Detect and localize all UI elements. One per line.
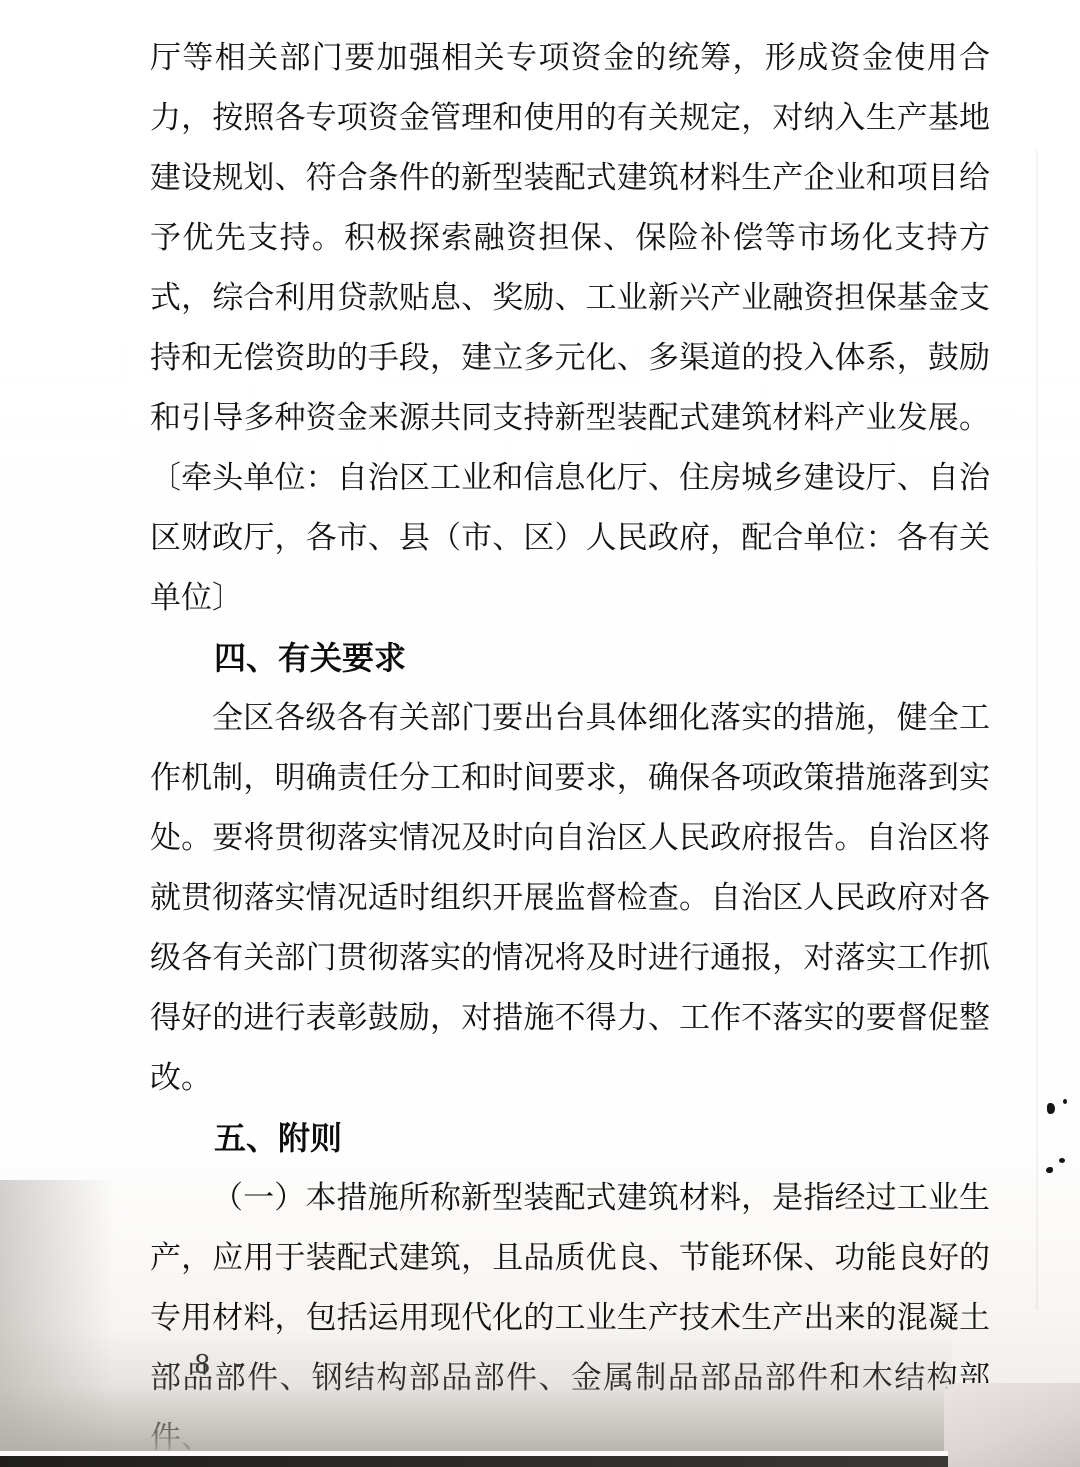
section-heading-supplementary: 五、附则 (150, 1108, 990, 1168)
next-page-edge (944, 1383, 1080, 1467)
section-heading-requirements: 四、有关要求 (150, 628, 990, 688)
paragraph-requirements: 全区各级各有关部门要出台具体细化落实的措施，健全工作机制，明确责任分工和时间要求… (150, 688, 990, 1108)
scanned-document: { "page": { "number_label": "- 8 -" }, "… (0, 0, 1080, 1467)
scan-crease-line (1036, 150, 1038, 1310)
ink-speck (1063, 1099, 1067, 1104)
ink-speck (1059, 1158, 1065, 1163)
paragraph-funding-continued: 厅等相关部门要加强相关专项资金的统筹，形成资金使用合力，按照各专项资金管理和使用… (150, 28, 990, 628)
ink-speck (1047, 1103, 1055, 1114)
document-text-column: 厅等相关部门要加强相关专项资金的统筹，形成资金使用合力，按照各专项资金管理和使用… (150, 28, 990, 1467)
scan-background-band (0, 1456, 948, 1467)
ink-speck (1046, 1167, 1053, 1173)
scan-bottom-shadow (0, 1330, 952, 1456)
